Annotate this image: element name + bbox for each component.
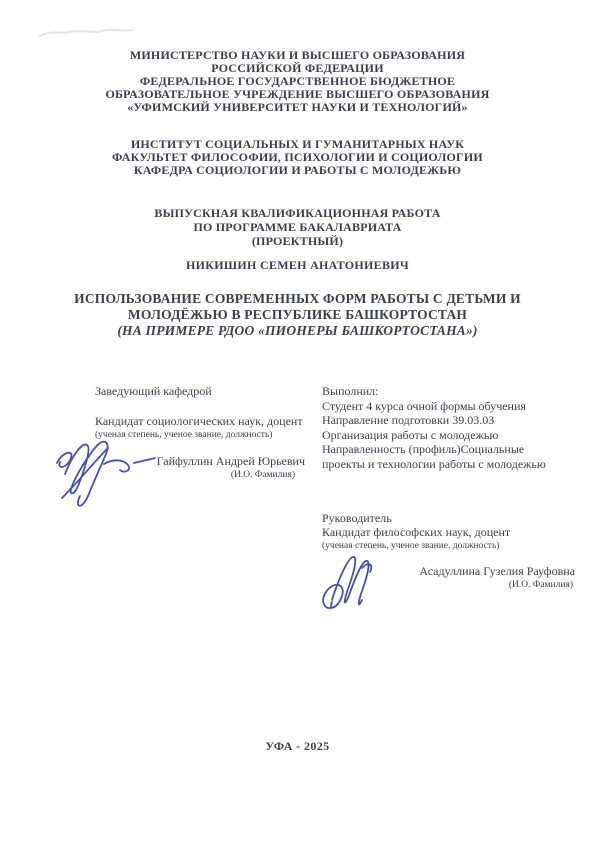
thesis-title: ИСПОЛЬЗОВАНИЕ СОВРЕМЕННЫХ ФОРМ РАБОТЫ С … xyxy=(0,291,595,339)
supervisor-signature xyxy=(316,552,380,616)
performer-line: Организация работы с молодежью xyxy=(322,428,577,443)
institute-line: КАФЕДРА СОЦИОЛОГИИ И РАБОТЫ С МОЛОДЕЖЬЮ xyxy=(0,164,595,177)
supervisor-degree-hint: (ученая степень, ученое звание, должност… xyxy=(322,541,499,552)
ministry-header: МИНИСТЕРСТВО НАУКИ И ВЫСШЕГО ОБРАЗОВАНИЯ… xyxy=(0,49,595,114)
performer-label: Выполнил: xyxy=(322,384,577,399)
city-year: УФА - 2025 xyxy=(0,739,595,754)
work-type-line: ПО ПРОГРАММЕ БАКАЛАВРИАТА xyxy=(0,220,595,234)
thesis-title-line: ИСПОЛЬЗОВАНИЕ СОВРЕМЕННЫХ ФОРМ РАБОТЫ С … xyxy=(0,291,595,307)
supervisor-degree: Кандидат философских наук, доцент xyxy=(322,525,510,540)
thesis-subtitle: (НА ПРИМЕРЕ РДОО «ПИОНЕРЫ БАШКОРТОСТАНА»… xyxy=(0,323,595,339)
performer-line: Направление подготовки 39.03.03 xyxy=(322,413,577,428)
work-type-line: ВЫПУСКНАЯ КВАЛИФИКАЦИОННАЯ РАБОТА xyxy=(0,206,595,220)
supervisor-name-hint: (И.О. Фамилия) xyxy=(375,580,573,591)
performer-section: Выполнил: Студент 4 курса очной формы об… xyxy=(322,384,577,471)
approval-degree: Кандидат социологических наук, доцент xyxy=(95,414,303,429)
supervisor-role: Руководитель xyxy=(322,511,392,526)
performer-line: проекты и технологии работы с молодежью xyxy=(322,457,577,472)
work-type-header: ВЫПУСКНАЯ КВАЛИФИКАЦИОННАЯ РАБОТА ПО ПРО… xyxy=(0,206,595,248)
faint-pencil-mark xyxy=(36,22,136,44)
ministry-line: «УФИМСКИЙ УНИВЕРСИТЕТ НАУКИ И ТЕХНОЛОГИЙ… xyxy=(0,101,595,114)
institute-header: ИНСТИТУТ СОЦИАЛЬНЫХ И ГУМАНИТАРНЫХ НАУК … xyxy=(0,138,595,177)
work-type-line: (ПРОЕКТНЫЙ) xyxy=(0,234,595,248)
approval-signer-name: Гайфуллин Андрей Юрьевич xyxy=(95,454,305,469)
approval-signer-name-hint: (И.О. Фамилия) xyxy=(95,470,295,481)
thesis-title-line: МОЛОДЁЖЬЮ В РЕСПУБЛИКЕ БАШКОРТОСТАН xyxy=(0,307,595,323)
approval-role: Заведующий кафедрой xyxy=(95,384,212,399)
thesis-title-page: МИНИСТЕРСТВО НАУКИ И ВЫСШЕГО ОБРАЗОВАНИЯ… xyxy=(0,0,595,842)
supervisor-name: Асадуллина Гузелия Рауфовна xyxy=(375,564,575,579)
author-name: НИКИШИН СЕМЕН АНАТОНИЕВИЧ xyxy=(0,258,595,273)
performer-line: Студент 4 курса очной формы обучения xyxy=(322,399,577,414)
performer-line: Направленность (профиль)Социальные xyxy=(322,442,577,457)
